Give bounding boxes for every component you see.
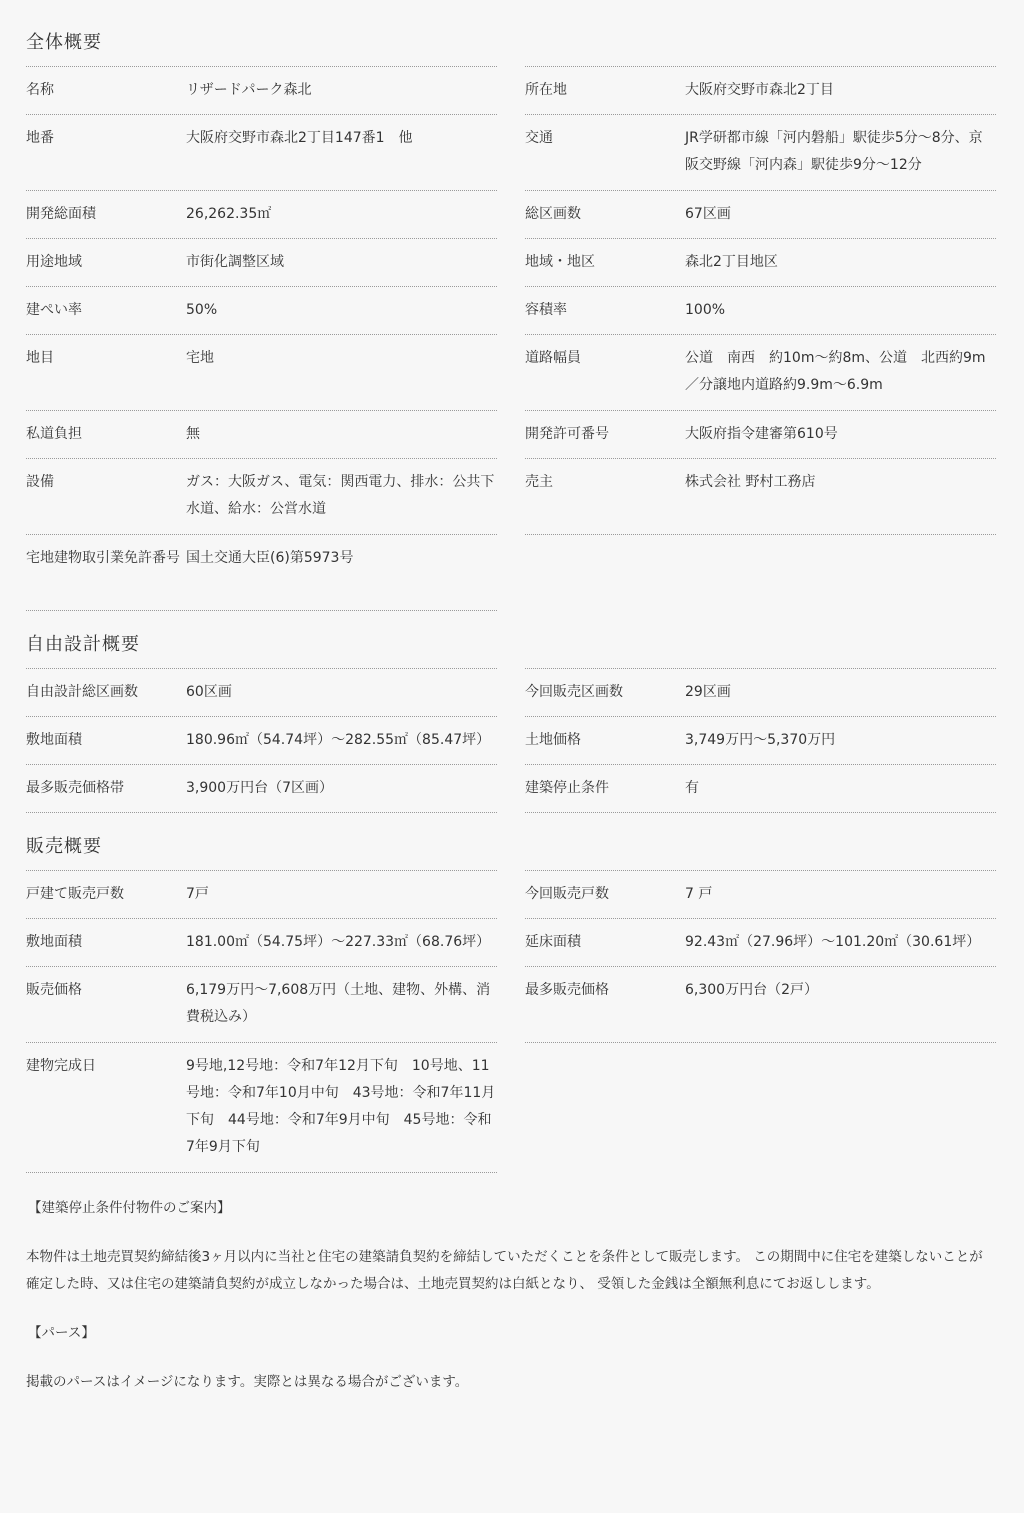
spec-value: 180.96㎡（54.74坪）〜282.55㎡（85.47坪） [186, 727, 497, 754]
spec-row: 建築停止条件有 [525, 765, 996, 813]
spec-value: 7戸 [186, 881, 497, 908]
spec-row: 私道負担無 [26, 411, 497, 459]
spec-label: 土地価格 [525, 727, 685, 754]
spec-row: 販売価格6,179万円〜7,608万円（土地、建物、外構、消費税込み） [26, 967, 497, 1043]
spec-value: 29区画 [685, 679, 996, 706]
spec-label: 今回販売戸数 [525, 881, 685, 908]
spec-row: 売主株式会社 野村工務店 [525, 459, 996, 535]
spec-value: 大阪府指令建審第610号 [685, 421, 996, 448]
spec-value: 3,900万円台（7区画） [186, 775, 497, 802]
spec-row: 開発総面積26,262.35㎡ [26, 191, 497, 239]
spec-label: 私道負担 [26, 421, 186, 448]
section-title-overview: 全体概要 [26, 31, 996, 54]
spec-value: 国土交通大臣(6)第5973号 [186, 545, 497, 600]
spec-value: 大阪府交野市森北2丁目147番1 他 [186, 125, 497, 180]
spec-row: 土地価格3,749万円〜5,370万円 [525, 717, 996, 765]
spec-label: 容積率 [525, 297, 685, 324]
spec-value: 市街化調整区域 [186, 249, 497, 276]
spec-value: 92.43㎡（27.96坪）〜101.20㎡（30.61坪） [685, 929, 996, 956]
spec-label: 建築停止条件 [525, 775, 685, 802]
spec-label: 道路幅員 [525, 345, 685, 400]
spec-value: 181.00㎡（54.75坪）〜227.33㎡（68.76坪） [186, 929, 497, 956]
free-design-section: 自由設計概要 自由設計総区画数60区画敷地面積180.96㎡（54.74坪）〜2… [26, 633, 996, 813]
spec-value: 宅地 [186, 345, 497, 400]
property-outline-page: 全体概要 名称リザードパーク森北地番大阪府交野市森北2丁目147番1 他開発総面… [0, 0, 1024, 1458]
spec-row: 今回販売戸数 7 戸 [525, 871, 996, 919]
free-design-left-column: 自由設計総区画数60区画敷地面積180.96㎡（54.74坪）〜282.55㎡（… [26, 668, 497, 813]
sales-section: 販売概要 戸建て販売戸数7戸敷地面積181.00㎡（54.75坪）〜227.33… [26, 835, 996, 1173]
spec-label: 販売価格 [26, 977, 186, 1032]
spec-value: 9号地,12号地：令和7年12月下旬 10号地、11号地：令和7年10月中旬 4… [186, 1053, 497, 1162]
spec-value: 60区画 [186, 679, 497, 706]
spec-value: 森北2丁目地区 [685, 249, 996, 276]
spec-value: 26,262.35㎡ [186, 201, 497, 228]
spec-label: 交通 [525, 125, 685, 180]
free-design-right-column: 今回販売区画数29区画土地価格3,749万円〜5,370万円建築停止条件有 [525, 668, 996, 813]
spec-row: 延床面積92.43㎡（27.96坪）〜101.20㎡（30.61坪） [525, 919, 996, 967]
perspective-heading: 【パース】 [26, 1320, 996, 1347]
spec-value: 株式会社 野村工務店 [685, 469, 996, 524]
spec-value: 有 [685, 775, 996, 802]
spec-value: リザードパーク森北 [186, 77, 497, 104]
spec-row: 敷地面積180.96㎡（54.74坪）〜282.55㎡（85.47坪） [26, 717, 497, 765]
spec-label: 総区画数 [525, 201, 685, 228]
spec-label: 売主 [525, 469, 685, 524]
spec-row: 開発許可番号大阪府指令建審第610号 [525, 411, 996, 459]
spec-row: 交通JR学研都市線「河内磐船」駅徒歩5分〜8分、京阪交野線「河内森」駅徒歩9分〜… [525, 115, 996, 191]
spec-label: 建ぺい率 [26, 297, 186, 324]
spec-label: 開発許可番号 [525, 421, 685, 448]
spec-label: 敷地面積 [26, 727, 186, 754]
spec-row: 道路幅員公道 南西 約10m〜約8m、公道 北西約9m／分譲地内道路約9.9m〜… [525, 335, 996, 411]
spec-row: 最多販売価格帯3,900万円台（7区画） [26, 765, 497, 813]
spec-value: 無 [186, 421, 497, 448]
spec-row: 宅地建物取引業免許番号国土交通大臣(6)第5973号 [26, 535, 497, 611]
spec-label: 地域・地区 [525, 249, 685, 276]
spec-value: 6,179万円〜7,608万円（土地、建物、外構、消費税込み） [186, 977, 497, 1032]
spec-row: 建ぺい率50% [26, 287, 497, 335]
spec-label: 宅地建物取引業免許番号 [26, 545, 186, 600]
overview-right-column: 所在地大阪府交野市森北2丁目交通JR学研都市線「河内磐船」駅徒歩5分〜8分、京阪… [525, 66, 996, 535]
spec-label: 今回販売区画数 [525, 679, 685, 706]
spec-label: 名称 [26, 77, 186, 104]
spec-row: 所在地大阪府交野市森北2丁目 [525, 67, 996, 115]
perspective-text: 掲載のパースはイメージになります。実際とは異なる場合がございます。 [26, 1369, 996, 1396]
sales-right-column: 今回販売戸数 7 戸延床面積92.43㎡（27.96坪）〜101.20㎡（30.… [525, 870, 996, 1043]
spec-label: 所在地 [525, 77, 685, 104]
spec-row: 地番大阪府交野市森北2丁目147番1 他 [26, 115, 497, 191]
spec-value: 6,300万円台（2戸） [685, 977, 996, 1032]
spec-value: 100% [685, 297, 996, 324]
spec-row: 地域・地区森北2丁目地区 [525, 239, 996, 287]
spec-row: 容積率100% [525, 287, 996, 335]
condition-heading: 【建築停止条件付物件のご案内】 [26, 1195, 996, 1222]
overview-section: 全体概要 名称リザードパーク森北地番大阪府交野市森北2丁目147番1 他開発総面… [26, 31, 996, 611]
spec-value: 7 戸 [685, 881, 996, 908]
spec-label: 戸建て販売戸数 [26, 881, 186, 908]
spec-row: 地目宅地 [26, 335, 497, 411]
section-title-free-design: 自由設計概要 [26, 633, 996, 656]
spec-value: 公道 南西 約10m〜約8m、公道 北西約9m／分譲地内道路約9.9m〜6.9m [685, 345, 996, 400]
spec-label: 用途地域 [26, 249, 186, 276]
sales-left-column: 戸建て販売戸数7戸敷地面積181.00㎡（54.75坪）〜227.33㎡（68.… [26, 870, 497, 1173]
spec-value: JR学研都市線「河内磐船」駅徒歩5分〜8分、京阪交野線「河内森」駅徒歩9分〜12… [685, 125, 996, 180]
spec-row: 建物完成日9号地,12号地：令和7年12月下旬 10号地、11号地：令和7年10… [26, 1043, 497, 1173]
spec-row: 敷地面積181.00㎡（54.75坪）〜227.33㎡（68.76坪） [26, 919, 497, 967]
spec-value: 67区画 [685, 201, 996, 228]
spec-row: 名称リザードパーク森北 [26, 67, 497, 115]
spec-label: 最多販売価格帯 [26, 775, 186, 802]
section-title-sales: 販売概要 [26, 835, 996, 858]
spec-value: 大阪府交野市森北2丁目 [685, 77, 996, 104]
spec-row: 用途地域市街化調整区域 [26, 239, 497, 287]
spec-label: 延床面積 [525, 929, 685, 956]
spec-label: 設備 [26, 469, 186, 524]
spec-row: 最多販売価格6,300万円台（2戸） [525, 967, 996, 1043]
spec-label: 最多販売価格 [525, 977, 685, 1032]
condition-text: 本物件は土地売買契約締結後3ヶ月以内に当社と住宅の建築請負契約を締結していただく… [26, 1244, 996, 1298]
spec-row: 設備ガス：大阪ガス、電気：関西電力、排水：公共下水道、給水：公営水道 [26, 459, 497, 535]
spec-row: 自由設計総区画数60区画 [26, 669, 497, 717]
spec-label: 地目 [26, 345, 186, 400]
spec-label: 開発総面積 [26, 201, 186, 228]
spec-row: 総区画数67区画 [525, 191, 996, 239]
spec-value: 50% [186, 297, 497, 324]
spec-value: 3,749万円〜5,370万円 [685, 727, 996, 754]
spec-label: 敷地面積 [26, 929, 186, 956]
overview-left-column: 名称リザードパーク森北地番大阪府交野市森北2丁目147番1 他開発総面積26,2… [26, 66, 497, 611]
spec-label: 地番 [26, 125, 186, 180]
notes: 【建築停止条件付物件のご案内】 本物件は土地売買契約締結後3ヶ月以内に当社と住宅… [26, 1195, 996, 1396]
spec-label: 自由設計総区画数 [26, 679, 186, 706]
spec-row: 戸建て販売戸数7戸 [26, 871, 497, 919]
spec-value: ガス：大阪ガス、電気：関西電力、排水：公共下水道、給水：公営水道 [186, 469, 497, 524]
spec-label: 建物完成日 [26, 1053, 186, 1162]
spec-row: 今回販売区画数29区画 [525, 669, 996, 717]
